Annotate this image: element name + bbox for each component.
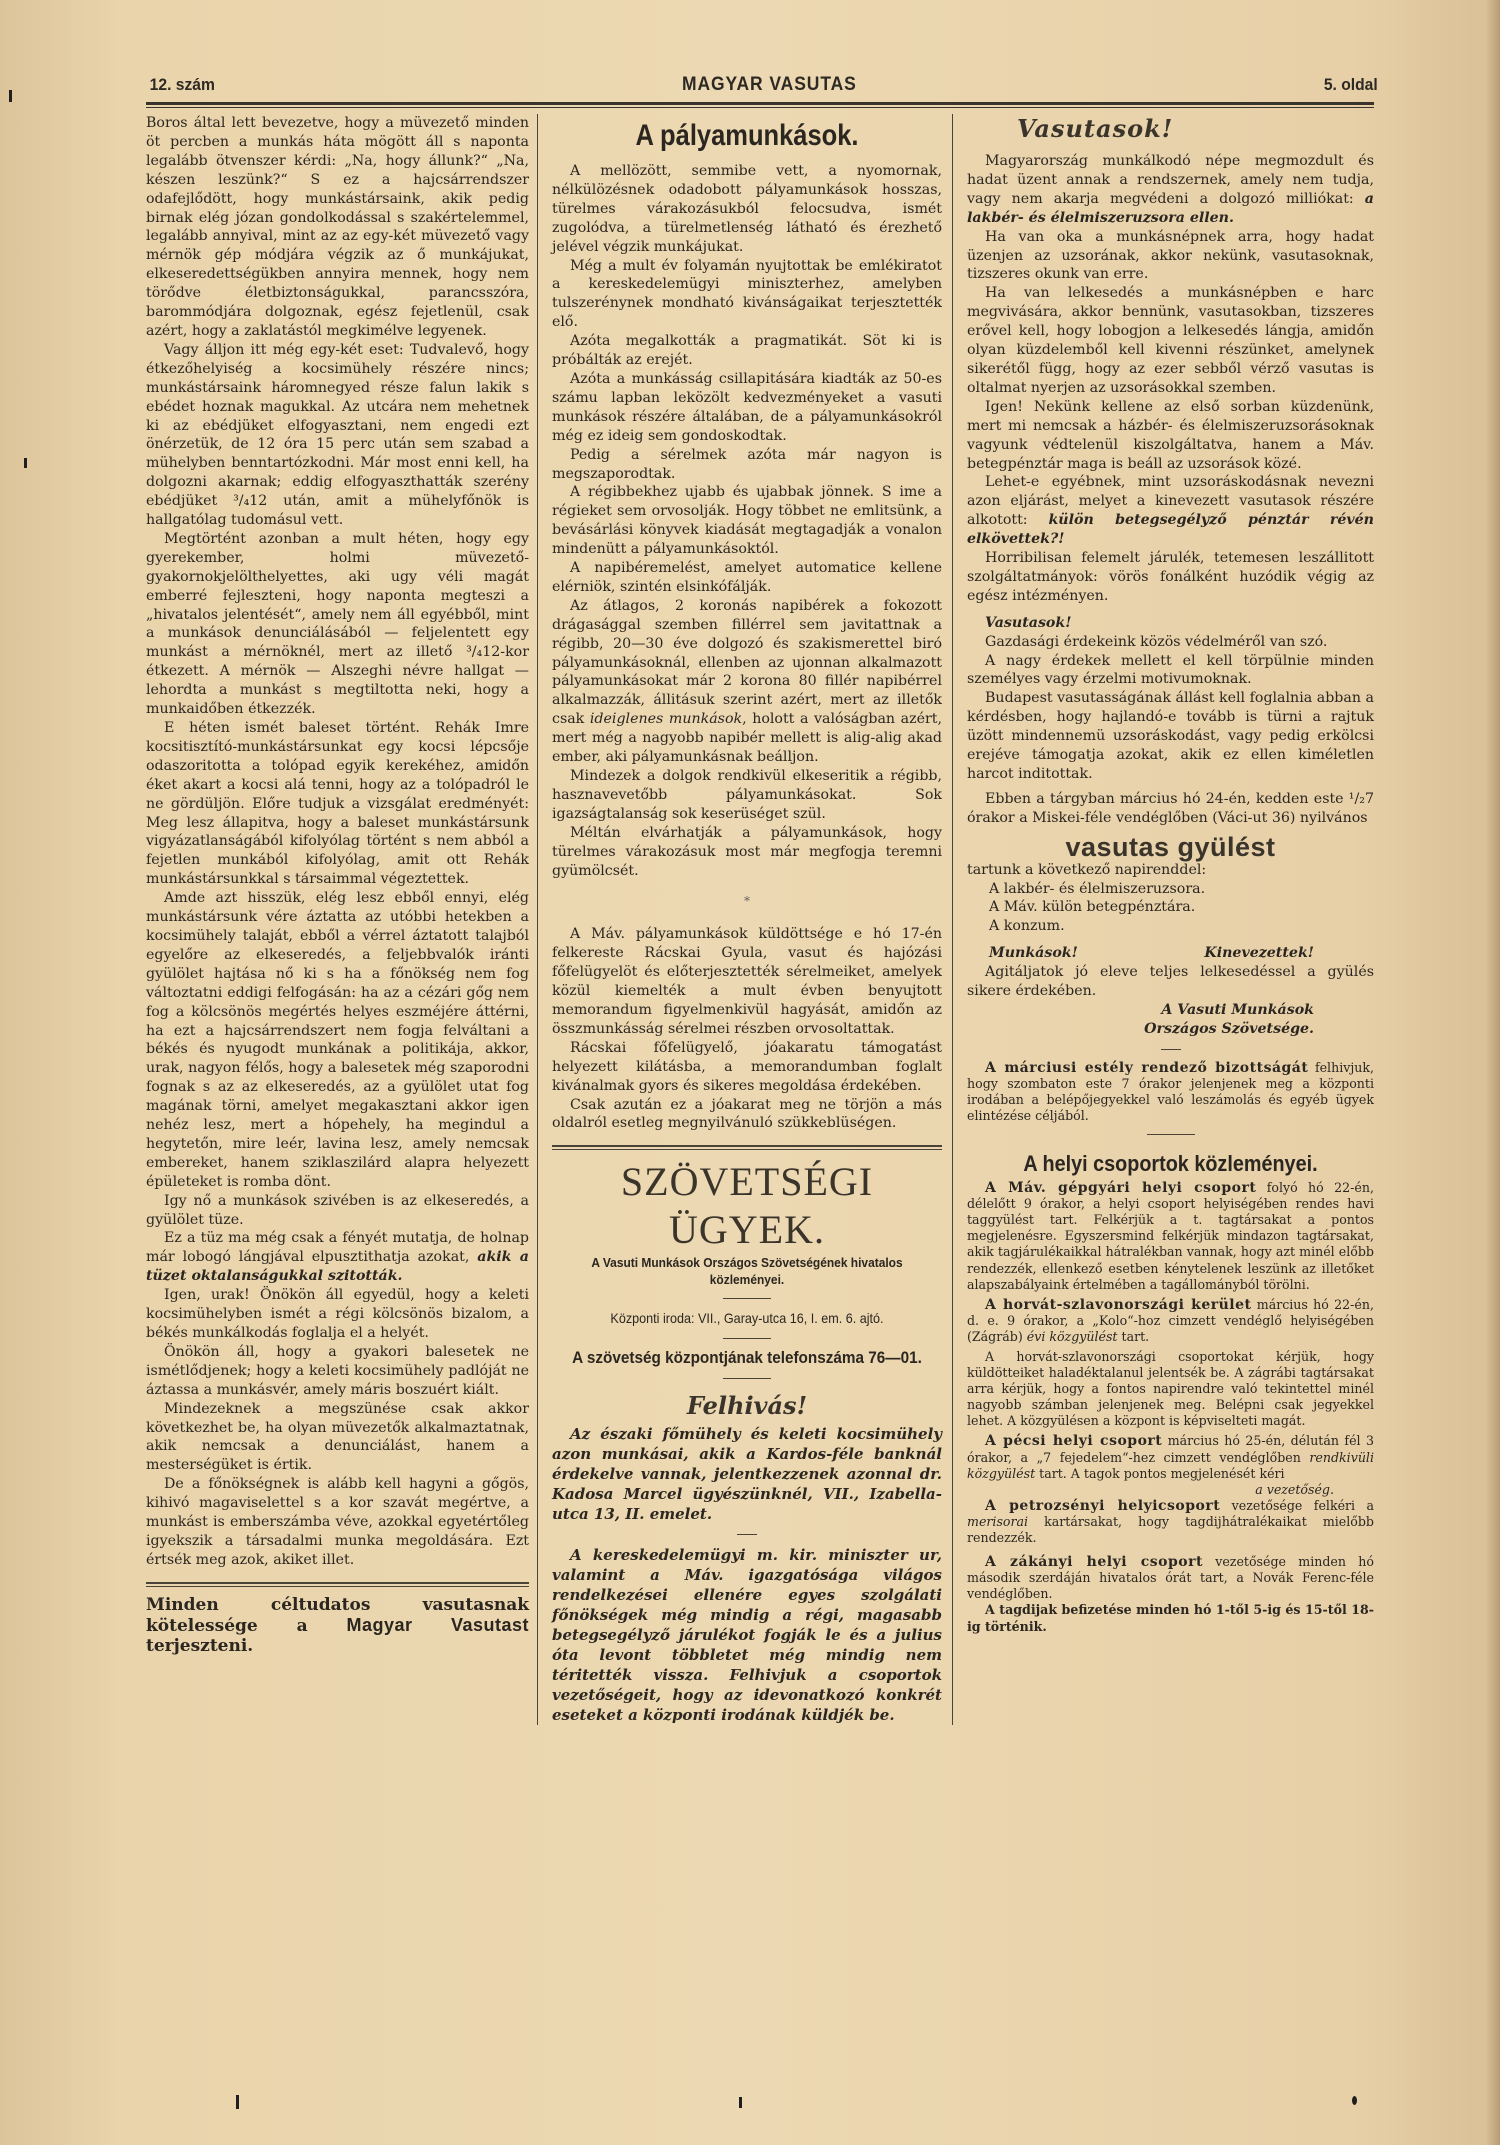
notice: A Máv. gépgyári helyi csoport folyó hó 2… <box>967 1180 1374 1293</box>
paragraph: A régibbekhez ujabb és ujabbak jönnek. S… <box>552 483 942 559</box>
paragraph: Lehet-e egyébnek, mint uzsoráskodásnak n… <box>967 473 1374 549</box>
notice-estely: A márciusi estély rendező bizottságát fe… <box>967 1060 1374 1124</box>
divider <box>1147 1134 1195 1135</box>
section-rule <box>146 1582 529 1587</box>
paragraph: Igy nő a munkások szivében is az elkeser… <box>146 1192 529 1230</box>
ink-mark <box>236 2095 239 2109</box>
paragraph: Vagy álljon itt még egy-két eset: Tudval… <box>146 341 529 530</box>
notice: A zákányi helyi csoport vezetősége minde… <box>967 1554 1374 1602</box>
paragraph: A mellözött, semmibe vett, a nyomornak, … <box>552 162 942 257</box>
subscription-slogan: Minden céltudatos vasutasnak kötelessége… <box>146 1595 529 1656</box>
section-asterisk: * <box>552 892 942 911</box>
paragraph: Igen! Nekünk kellene az első sorban küzd… <box>967 398 1374 474</box>
paragraph: A Máv. pályamunkások küldöttsége e hó 17… <box>552 925 942 1038</box>
paragraph: Horribilisan felemelt járulék, tetemesen… <box>967 549 1374 606</box>
paragraph: A napibéremelést, amelyet automatice kel… <box>552 559 942 597</box>
agenda-intro: tartunk a következő napirenddel: <box>967 861 1374 880</box>
phone-number: A szövetség központjának telefonszáma 76… <box>572 1349 923 1368</box>
ink-mark <box>9 90 12 102</box>
paragraph: Ha van oka a munkásnépnek arra, hogy had… <box>967 228 1374 285</box>
paragraph: Az átlagos, 2 koronás napibérek a fokozo… <box>552 597 942 767</box>
paragraph: Ha van lelkesedés a munkásnépben e harc … <box>967 284 1374 397</box>
paragraph: Azóta megalkották a pragmatikát. Söt ki … <box>552 332 942 370</box>
article-heading-palyamunkasok: A pályamunkások. <box>581 116 913 156</box>
notice: A horvát-szlavonországi csoportokat kérj… <box>967 1349 1374 1429</box>
notice: A tagdijak befizetése minden hó 1-től 5-… <box>967 1602 1374 1634</box>
ink-mark <box>1352 2096 1357 2105</box>
ink-mark <box>739 2097 742 2108</box>
section-subtitle: A Vasuti Munkások Országos Szövetségének… <box>568 1254 927 1288</box>
notice: A petrozsényi helyicsoport vezetősége fe… <box>967 1498 1374 1546</box>
article-heading-vasutasok: Vasutasok! <box>1017 114 1374 144</box>
signature: A Vasuti Munkások Országos Szövetsége. <box>967 1001 1374 1039</box>
agenda-item: A Máv. külön betegpénztára. <box>967 898 1374 917</box>
column-right: Vasutasok! Magyarország munkálkodó népe … <box>953 114 1374 1725</box>
paragraph: Agitáljatok jó eleve teljes lelkesedésse… <box>967 963 1374 1001</box>
paragraph: Méltán elvárhatják a pályamunkások, hogy… <box>552 824 942 881</box>
masthead-rule <box>146 102 1374 108</box>
office-address: Központi iroda: VII., Garay-utca 16, I. … <box>572 1309 923 1328</box>
emphasis: ideiglenes munkások <box>590 711 742 727</box>
paragraph: Budapest vasutasságának állást kell fogl… <box>967 689 1374 784</box>
section-heading-helyi-csoportok: A helyi csoportok közleményei. <box>987 1155 1353 1174</box>
page-edge-shadow <box>1486 0 1500 2145</box>
ink-mark <box>24 458 27 468</box>
agenda-list: A lakbér- és élelmiszeruzsora. A Máv. kü… <box>967 880 1374 937</box>
masthead: 12. szám MAGYAR VASUTAS 5. oldal <box>146 74 1381 102</box>
page-number: 5. oldal <box>1324 75 1378 95</box>
column-middle: A pályamunkások. A mellözött, semmibe ve… <box>538 114 953 1725</box>
paragraph: A nagy érdekek mellett el kell törpülnie… <box>967 652 1374 690</box>
paper-name: Magyar Vasutast <box>346 1615 529 1635</box>
paragraph: Ebben a tárgyban március hó 24-én, kedde… <box>967 790 1374 828</box>
paragraph: Megtörtént azonban a mult héten, hogy eg… <box>146 530 529 719</box>
sub-heading: Vasutasok! <box>967 614 1374 633</box>
paragraph: Pedig a sérelmek azóta már nagyon is meg… <box>552 446 942 484</box>
cheer-workers: Munkások! <box>989 944 1078 963</box>
divider <box>723 1338 771 1339</box>
felhivas-body: Az északi főmühely és keleti kocsimühely… <box>552 1424 942 1725</box>
agenda-item: A konzum. <box>967 917 1374 936</box>
column-left: Boros által lett bevezetve, hogy a müvez… <box>146 114 538 1725</box>
paragraph: Rácskai főfelügyelő, jóakaratu támogatás… <box>552 1039 942 1096</box>
paragraph: Még a mult év folyamán nyujtottak be eml… <box>552 257 942 333</box>
heading-felhivas: Felhivás! <box>552 1397 942 1416</box>
cheers: Munkások! Kinevezettek! <box>967 944 1374 963</box>
paragraph: Csak azután ez a jóakarat meg ne törjön … <box>552 1096 942 1134</box>
divider <box>1161 1049 1181 1050</box>
paragraph: Azóta a munkásság csillapitására kiadták… <box>552 370 942 446</box>
agenda-item: A lakbér- és élelmiszeruzsora. <box>967 880 1374 899</box>
paragraph: Magyarország munkálkodó népe megmozdult … <box>967 152 1374 228</box>
paragraph: E héten ismét baleset történt. Rehák Imr… <box>146 719 529 889</box>
newspaper-title: MAGYAR VASUTAS <box>682 74 857 96</box>
issue-number: 12. szám <box>150 75 215 95</box>
paragraph: Az északi főmühely és keleti kocsimühely… <box>552 1424 942 1524</box>
notice: A horvát-szlavonországi kerület március … <box>967 1297 1374 1345</box>
paragraph: Önökön áll, hogy a gyakori balesetek ne … <box>146 1343 529 1400</box>
paragraph: A kereskedelemügyi m. kir. miniszter ur,… <box>552 1545 942 1725</box>
paragraph: Mindezek a dolgok rendkivül elkeseritik … <box>552 767 942 824</box>
meeting-heading: vasutas gyülést <box>967 838 1374 857</box>
paragraph: De a főnökségnek is alább kell hagyni a … <box>146 1475 529 1570</box>
section-heading-szovetsegi-ugyek: SZÖVETSÉGI ÜGYEK. <box>552 1158 942 1254</box>
local-notices: A Máv. gépgyári helyi csoport folyó hó 2… <box>967 1180 1374 1635</box>
paragraph: Gazdasági érdekeink közös védelméről van… <box>967 633 1374 652</box>
section-rule <box>552 1145 942 1150</box>
paragraph: Mindezeknek a megszünése csak akkor köve… <box>146 1400 529 1476</box>
cheer-appointed: Kinevezettek! <box>1204 944 1314 963</box>
divider <box>723 1378 771 1379</box>
paragraph: Igen, urak! Önökön áll egyedül, hogy a k… <box>146 1286 529 1343</box>
notice: A pécsi helyi csoport március hó 25-én, … <box>967 1433 1374 1481</box>
paragraph: Amde azt hisszük, elég lesz ebből ennyi,… <box>146 889 529 1192</box>
newspaper-page: 12. szám MAGYAR VASUTAS 5. oldal Boros á… <box>146 74 1374 1725</box>
paragraph: Boros által lett bevezetve, hogy a müvez… <box>146 114 529 341</box>
divider <box>737 1534 757 1535</box>
divider <box>723 1298 771 1299</box>
paragraph: Ez a tüz ma még csak a fényét mutatja, d… <box>146 1229 529 1286</box>
